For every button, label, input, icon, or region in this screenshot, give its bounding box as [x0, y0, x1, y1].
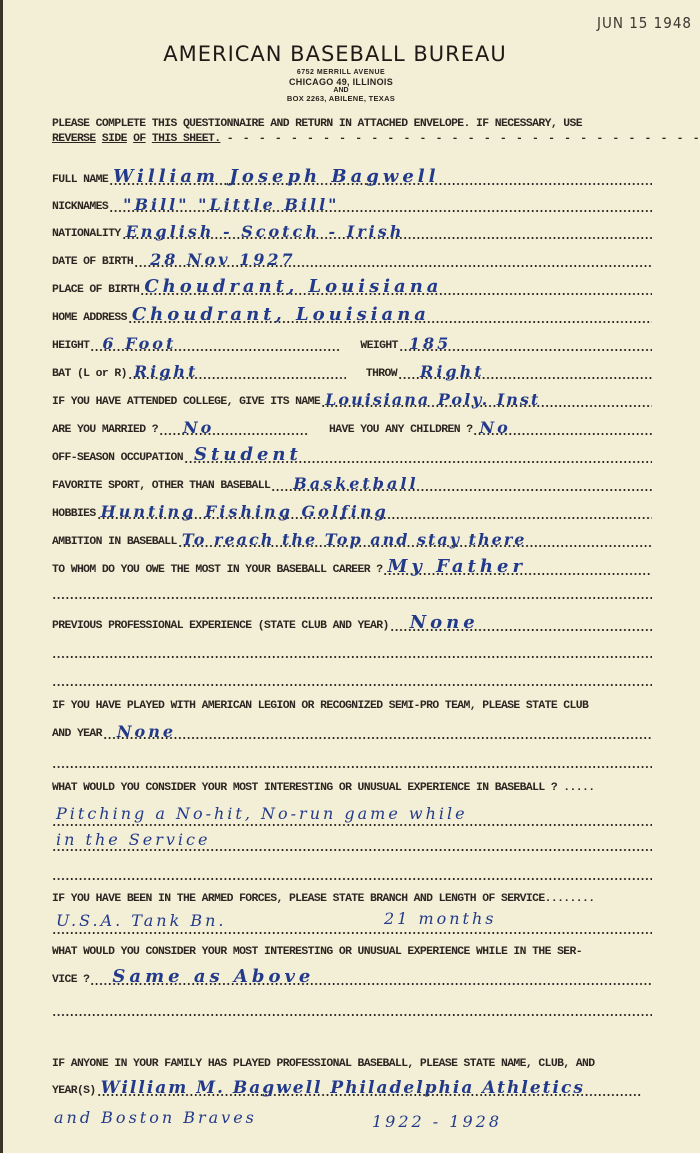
field-value: None	[410, 612, 479, 633]
weight-input[interactable]: 185	[399, 338, 652, 352]
address-line: 6752 MERRILL AVENUE	[0, 69, 700, 76]
field-label: NATIONALITY	[52, 228, 121, 240]
full-name-input[interactable]: William Joseph Bagwell	[109, 172, 652, 186]
field-value: To reach the Top and stay there	[182, 530, 527, 549]
page-edge	[0, 0, 3, 1153]
blank-dotted-line[interactable]	[52, 682, 652, 688]
field-value: 185	[409, 334, 451, 353]
field-previous-pro: PREVIOUS PROFESSIONAL EXPERIENCE (STATE …	[52, 612, 652, 632]
field-interesting-service: VICE ? Same as Above	[52, 966, 652, 986]
interesting-baseball-value-1: Pitching a No-hit, No-run game while	[56, 804, 468, 823]
field-label: HAVE YOU ANY CHILDREN ?	[329, 424, 472, 436]
field-label: NICKNAMES	[52, 201, 108, 213]
field-date-of-birth: DATE OF BIRTH 28 Nov 1927	[52, 248, 652, 268]
interesting-service-label: WHAT WOULD YOU CONSIDER YOUR MOST INTERE…	[52, 946, 582, 958]
field-nicknames: NICKNAMES "Bill" "Little Bill"	[52, 193, 652, 213]
organization-title: AMERICAN BASEBALL BUREAU	[0, 42, 700, 66]
date-of-birth-input[interactable]: 28 Nov 1927	[134, 254, 652, 268]
field-label: HEIGHT	[52, 340, 89, 352]
field-value: None	[117, 722, 176, 741]
field-label: WEIGHT	[360, 340, 397, 352]
field-label: OFF-SEASON OCCUPATION	[52, 452, 183, 464]
interesting-baseball-value-2: in the Service	[56, 830, 210, 849]
armed-forces-length: 21 months	[384, 909, 497, 928]
field-label: FULL NAME	[52, 174, 108, 186]
bat-input[interactable]: Right	[128, 366, 346, 380]
field-home-address: HOME ADDRESS Choudrant, Louisiana	[52, 304, 652, 324]
field-value: Right	[134, 362, 199, 381]
field-value: 6 Foot	[102, 334, 176, 353]
field-label: HOME ADDRESS	[52, 312, 127, 324]
interesting-service-input[interactable]: Same as Above	[90, 972, 652, 986]
field-label: FAVORITE SPORT, OTHER THAN BASEBALL	[52, 480, 270, 492]
legion-input[interactable]: None	[103, 726, 652, 740]
instructions-word: SIDE	[102, 133, 127, 145]
field-label: PLACE OF BIRTH	[52, 284, 139, 296]
field-ambition: AMBITION IN BASEBALL To reach the Top an…	[52, 528, 652, 548]
field-full-name: FULL NAME William Joseph Bagwell	[52, 166, 652, 186]
field-nationality: NATIONALITY English - Scotch - Irish	[52, 220, 652, 240]
field-value: Same as Above	[112, 966, 314, 987]
field-value: Student	[194, 444, 302, 465]
field-family-pro: YEAR(S) William M. Bagwell Philadelphia …	[52, 1077, 642, 1097]
college-input[interactable]: Louisiana Poly. Inst	[321, 394, 652, 408]
nicknames-input[interactable]: "Bill" "Little Bill"	[109, 199, 652, 213]
instructions-word: OF	[133, 133, 145, 145]
field-married-children: ARE YOU MARRIED ? No HAVE YOU ANY CHILDR…	[52, 416, 652, 436]
address-line: CHICAGO 49, ILLINOIS	[0, 77, 700, 87]
armed-forces-branch: U.S.A. Tank Bn.	[56, 911, 227, 930]
field-label: DATE OF BIRTH	[52, 256, 133, 268]
field-value: Choudrant, Louisiana	[132, 304, 430, 325]
field-label: THROW	[366, 368, 397, 380]
field-value: Choudrant, Louisiana	[144, 276, 442, 297]
home-address-input[interactable]: Choudrant, Louisiana	[128, 310, 652, 324]
armed-forces-label: IF YOU HAVE BEEN IN THE ARMED FORCES, PL…	[52, 893, 595, 905]
blank-dotted-line[interactable]	[52, 764, 652, 770]
field-value: My Father	[387, 556, 525, 577]
family-pro-label: IF ANYONE IN YOUR FAMILY HAS PLAYED PROF…	[52, 1058, 595, 1070]
dash-separator: - - - - - - - - - - - - - - - - - - - - …	[227, 133, 700, 145]
hobbies-input[interactable]: Hunting Fishing Golfing	[97, 506, 652, 520]
field-value: 28 Nov 1927	[150, 250, 296, 269]
field-label: HOBBIES	[52, 508, 96, 520]
field-label: TO WHOM DO YOU OWE THE MOST IN YOUR BASE…	[52, 564, 382, 576]
family-pro-input[interactable]: William M. Bagwell Philadelphia Athletic…	[97, 1083, 642, 1097]
field-value: William Joseph Bagwell	[113, 166, 439, 187]
field-value: Hunting Fishing Golfing	[101, 502, 389, 521]
throw-input[interactable]: Right	[398, 366, 652, 380]
field-value: William M. Bagwell Philadelphia Athletic…	[101, 1078, 585, 1098]
field-value: No	[183, 418, 214, 437]
field-value: Louisiana Poly. Inst	[325, 390, 540, 409]
field-college: IF YOU HAVE ATTENDED COLLEGE, GIVE ITS N…	[52, 388, 652, 408]
field-value: No	[479, 418, 510, 437]
nationality-input[interactable]: English - Scotch - Irish	[122, 226, 652, 240]
received-date-stamp: JUN 15 1948	[597, 14, 692, 32]
field-value: "Bill" "Little Bill"	[123, 195, 339, 214]
off-season-input[interactable]: Student	[184, 450, 652, 464]
armed-forces-input-line[interactable]	[52, 930, 652, 936]
field-off-season: OFF-SEASON OCCUPATION Student	[52, 444, 652, 464]
place-of-birth-input[interactable]: Choudrant, Louisiana	[140, 282, 652, 296]
instructions-line-2: REVERSE SIDE OF THIS SHEET. - - - - - - …	[52, 133, 700, 145]
field-label: VICE ?	[52, 974, 89, 986]
field-owe-most: TO WHOM DO YOU OWE THE MOST IN YOUR BASE…	[52, 556, 652, 576]
height-input[interactable]: 6 Foot	[90, 338, 340, 352]
field-value: Basketball	[293, 474, 418, 493]
field-bat-throw: BAT (L or R) Right THROW Right	[52, 360, 652, 380]
legion-label: IF YOU HAVE PLAYED WITH AMERICAN LEGION …	[52, 700, 588, 712]
previous-pro-input[interactable]: None	[390, 618, 652, 632]
ambition-input[interactable]: To reach the Top and stay there	[178, 534, 652, 548]
field-label: AMBITION IN BASEBALL	[52, 536, 177, 548]
field-height-weight: HEIGHT 6 Foot WEIGHT 185	[52, 332, 652, 352]
children-input[interactable]: No	[473, 422, 652, 436]
field-label: BAT (L or R)	[52, 368, 127, 380]
field-label: YEAR(S)	[52, 1085, 96, 1097]
interesting-baseball-label: WHAT WOULD YOU CONSIDER YOUR MOST INTERE…	[52, 782, 595, 794]
address-line: AND	[0, 87, 700, 94]
field-value: Right	[420, 362, 485, 381]
field-value: English - Scotch - Irish	[126, 222, 405, 241]
field-place-of-birth: PLACE OF BIRTH Choudrant, Louisiana	[52, 276, 652, 296]
field-favorite-sport: FAVORITE SPORT, OTHER THAN BASEBALL Bask…	[52, 472, 652, 492]
family-pro-value-3: 1922 - 1928	[372, 1112, 502, 1131]
blank-dotted-line[interactable]	[52, 654, 652, 660]
letterhead: AMERICAN BASEBALL BUREAU 6752 MERRILL AV…	[0, 42, 700, 103]
field-label: ARE YOU MARRIED ?	[52, 424, 158, 436]
blank-dotted-line[interactable]	[52, 1012, 652, 1018]
field-label: PREVIOUS PROFESSIONAL EXPERIENCE (STATE …	[52, 620, 389, 632]
owe-most-input[interactable]: My Father	[383, 562, 652, 576]
blank-dotted-line[interactable]	[52, 595, 652, 601]
family-pro-value-2: and Boston Braves	[54, 1108, 257, 1127]
favorite-sport-input[interactable]: Basketball	[271, 478, 652, 492]
instructions-word: THIS SHEET.	[152, 133, 221, 145]
field-label: AND YEAR	[52, 728, 102, 740]
address-line: BOX 2263, ABILENE, TEXAS	[0, 94, 700, 103]
instructions-line-1: PLEASE COMPLETE THIS QUESTIONNAIRE AND R…	[52, 118, 582, 130]
field-legion: AND YEAR None	[52, 720, 652, 740]
field-hobbies: HOBBIES Hunting Fishing Golfing	[52, 500, 652, 520]
married-input[interactable]: No	[159, 422, 309, 436]
blank-dotted-line[interactable]	[52, 876, 652, 882]
field-label: IF YOU HAVE ATTENDED COLLEGE, GIVE ITS N…	[52, 396, 320, 408]
instructions-word: REVERSE	[52, 133, 96, 145]
